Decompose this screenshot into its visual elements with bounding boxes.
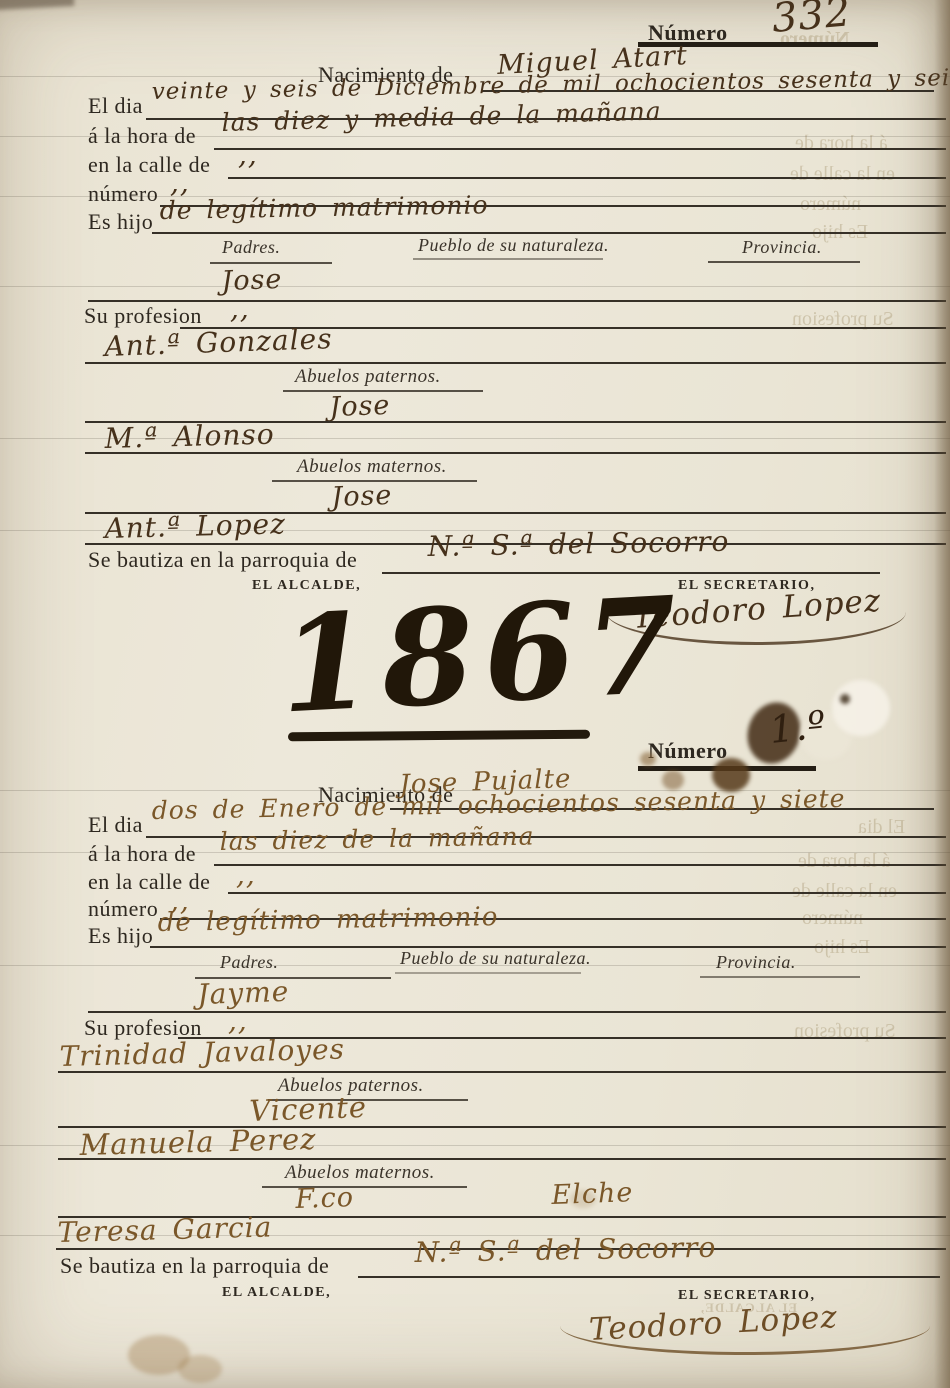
header-underline [700, 976, 860, 978]
column-header-pueblo: Pueblo de su naturaleza. [418, 235, 609, 256]
abuela-paterna: M.ª Alonso [104, 418, 275, 455]
form-rule [58, 1158, 946, 1160]
form-rule [85, 452, 946, 454]
bautiza-label: Se bautiza en la parroquia de [88, 547, 357, 573]
stain-spot [570, 1190, 596, 1208]
madre-nombre: Ant.ª Gonzales [104, 322, 333, 363]
el-dia-label: El dia [88, 812, 143, 838]
abuelos-paternos-label: Abuelos paternos. [295, 366, 441, 388]
profesion-value: ,, [230, 292, 250, 325]
bautiza-value: N.ª S.ª del Socorro [427, 525, 729, 563]
bleed-through-text: en la calle de [790, 163, 895, 186]
year-overlay: 1867 [276, 567, 691, 743]
year-underline [288, 730, 590, 742]
calle-value: ,, [236, 858, 256, 891]
es-hijo-value: de legítimo matrimonio [159, 190, 488, 225]
page-edge-shadow [0, 0, 74, 10]
abuela-materna: Teresa Garcia [57, 1210, 273, 1249]
abuelo-paterno: Jose [329, 390, 391, 423]
header-underline [708, 261, 860, 263]
form-rule [214, 148, 946, 150]
alcalde-label: EL ALCALDE, [222, 1285, 331, 1301]
header-underline [413, 258, 603, 260]
abuelos-maternos-label: Abuelos maternos. [285, 1162, 435, 1184]
numero-calle-label: número [88, 181, 158, 207]
column-header-padres: Padres. [220, 952, 278, 973]
stain-spot [178, 1355, 222, 1383]
stain-spot [840, 694, 850, 704]
form-rule [85, 362, 946, 364]
signature-flourish [560, 1326, 930, 1355]
bleed-through-text: á la hora de [798, 850, 891, 873]
stain-spot [640, 752, 656, 766]
madre-nombre: Trinidad Javaloyes [59, 1033, 345, 1073]
bautiza-label: Se bautiza en la parroquia de [60, 1253, 329, 1279]
form-rule [88, 300, 946, 302]
profesion-label: Su profesion [84, 303, 202, 329]
abuela-paterna: Manuela Perez [79, 1122, 317, 1162]
abuela-materna: Ant.ª Lopez [104, 507, 286, 545]
es-hijo-label: Es hijo [88, 209, 153, 235]
form-rule [358, 1276, 940, 1278]
profesion-value: ,, [228, 1004, 248, 1037]
column-header-provincia: Provincia. [742, 237, 822, 258]
form-rule [58, 1071, 946, 1073]
calle-label: en la calle de [88, 152, 210, 178]
column-header-provincia: Provincia. [716, 952, 796, 973]
hora-label: á la hora de [88, 841, 196, 867]
form-rule [152, 232, 946, 234]
calle-value: ,, [238, 138, 258, 171]
el-dia-label: El dia [88, 93, 143, 119]
column-header-pueblo: Pueblo de su naturaleza. [400, 948, 591, 969]
abuelos-maternos-label: Abuelos maternos. [297, 456, 447, 478]
column-header-padres: Padres. [222, 237, 280, 258]
document-page: Número á la hora de en la calle de númer… [0, 0, 950, 1388]
header-underline [262, 1186, 467, 1188]
numero-label: Número [648, 738, 728, 764]
ghost-rule [0, 286, 950, 287]
numero-value: 332 [770, 0, 853, 42]
bleed-through-text: Su profesion [794, 1020, 896, 1043]
paper-damage-patch [832, 680, 890, 736]
form-rule [88, 1011, 946, 1013]
hora-label: á la hora de [88, 123, 196, 149]
form-rule [214, 864, 946, 866]
numero-calle-label: número [88, 896, 158, 922]
abuelo-materno: Jose [331, 480, 393, 513]
numero-value: 1.º [767, 702, 828, 752]
page-edge-shadow [934, 0, 950, 1388]
es-hijo-value: de legítimo matrimonio [157, 902, 498, 938]
form-rule [228, 177, 946, 179]
form-rule [228, 892, 946, 894]
numero-calle-value: ,, [170, 166, 190, 199]
calle-label: en la calle de [88, 869, 210, 895]
abuelo-materno: F.co [295, 1182, 355, 1215]
es-hijo-label: Es hijo [88, 923, 153, 949]
hora-value: las diez de la mañana [219, 822, 534, 856]
header-underline [395, 972, 581, 974]
bautiza-value: N.ª S.ª del Socorro [414, 1231, 716, 1269]
